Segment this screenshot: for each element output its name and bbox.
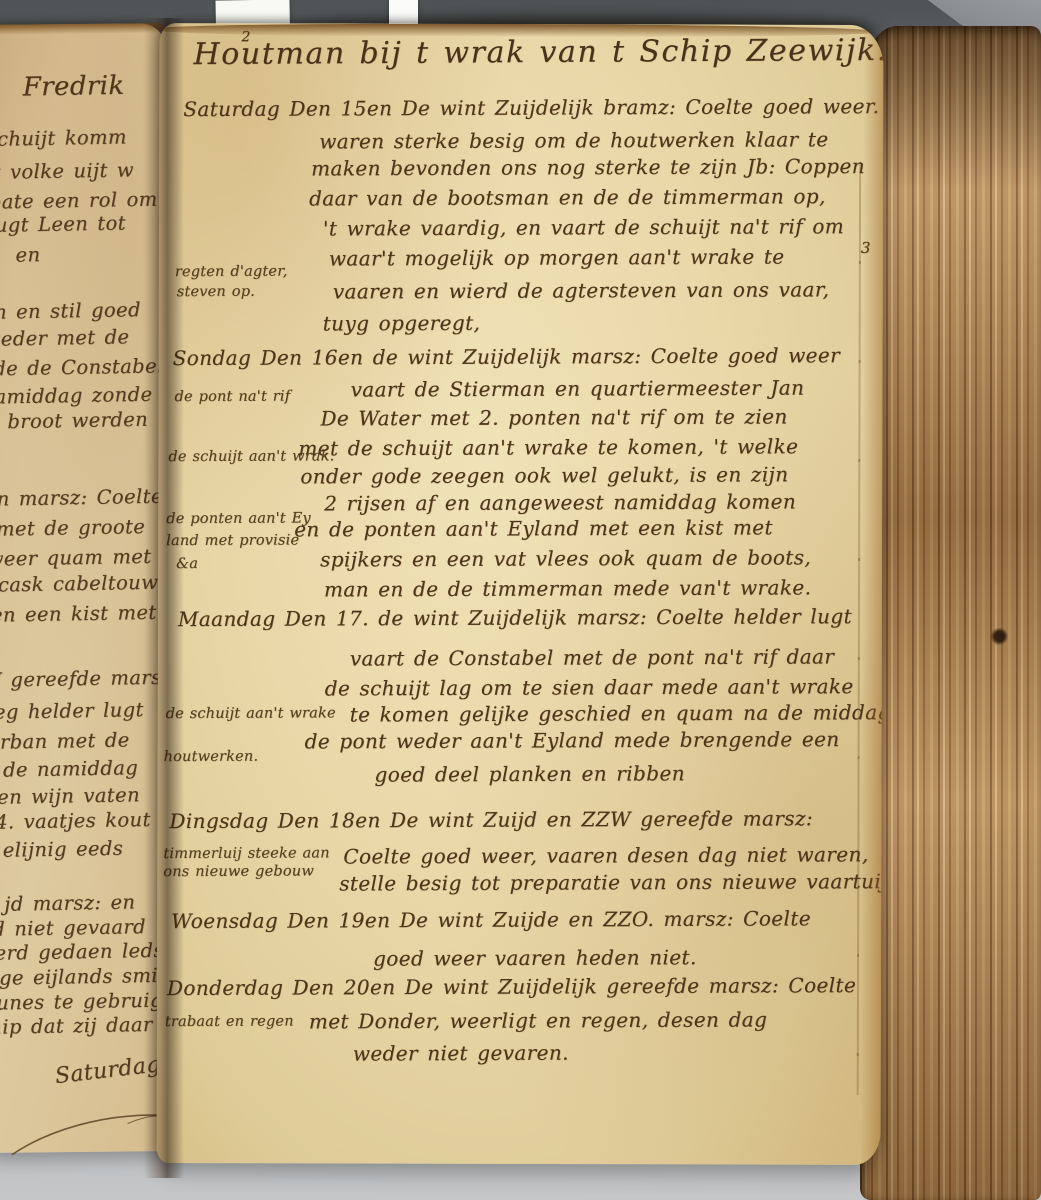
entry-line: Maandag Den 17. de wint Zuijdelijk marsz… <box>178 604 852 631</box>
entry-line: Dingsdag Den 18en De wint Zuijd en ZZW g… <box>169 806 813 833</box>
entry-line: goed deel planken en ribben <box>374 761 685 786</box>
left-page: Fredrik Schuijt komm t volke uijt w den … <box>0 23 178 1153</box>
manuscript-fragment-line: in en een kist met <box>0 601 156 627</box>
margin-note: de schuijt aan't wrake <box>166 705 336 722</box>
entry-line: de pont weder aan't Eyland mede brengend… <box>305 727 840 753</box>
manuscript-fragment-line: nen wijn vaten <box>0 783 140 809</box>
margin-note: de schuijt aan't wrak. <box>168 448 334 465</box>
entry-line: spijkers en een vat vlees ook quam de bo… <box>320 545 811 571</box>
manuscript-fragment-line: elijnig eeds <box>2 837 123 862</box>
entry-line: maken bevonden ons nog sterke te zijn Jb… <box>311 154 865 180</box>
margin-note: regten d'agter, <box>175 264 288 280</box>
manuscript-fragment-line: wierd gedaen leds <box>0 939 164 965</box>
manuscript-fragment-line: Schuijt komm <box>0 125 127 151</box>
margin-note: &a <box>176 556 198 572</box>
manuscript-fragment-line: ag weer quam met <box>0 545 152 571</box>
entry-line: de schuijt lag om te sien daar mede aan'… <box>325 674 854 700</box>
manuscript-fragment-line: die namiddag zonde <box>0 383 152 410</box>
manuscript-fragment-line: e. 4. vaatjes kout <box>0 808 151 834</box>
entry-line: Woensdag Den 19en De wint Zuijde en ZZO.… <box>171 906 811 933</box>
manuscript-fragment-line: en <box>15 243 40 266</box>
entry-line: waar't mogelijk op morgen aan't wrake te <box>329 245 785 271</box>
right-page: 2 Houtman bij t wrak van t Schip Zeewijk… <box>157 23 884 1165</box>
manuscript-fragment-line: t weder met de <box>0 325 130 351</box>
entry-line: weder niet gevaren. <box>353 1041 569 1066</box>
manuscript-fragment-line: steg helder lugt <box>0 698 143 724</box>
manuscript-fragment-line: z: en marsz: Coelte <box>0 485 163 512</box>
ink-flourish <box>7 1101 168 1163</box>
manuscript-fragment-line: tot kunes te gebruig <box>0 989 163 1016</box>
entry-line: man en de de timmerman mede van't wrake. <box>324 575 811 601</box>
entry-line: tuyg opgeregt, <box>323 311 481 336</box>
manuscript-fragment-line: op de namiddag <box>0 756 138 782</box>
manuscript-fragment-line: legger broot werden <box>0 408 148 435</box>
left-page-footer-word: Saturdag <box>54 1052 162 1089</box>
manuscript-fragment-line: ange eijlands smit <box>0 964 166 990</box>
manuscript-fragment-line: nd, en de de Constabel <box>0 354 164 381</box>
margin-note: steven op. <box>177 284 255 300</box>
entry-line: Donderdag Den 20en De wint Zuijdelijk ge… <box>167 973 856 1000</box>
manuscript-fragment-line: ZW gereefde mars <box>0 666 161 692</box>
manuscript-fragment-line: een cask cabeltouw <box>0 571 158 598</box>
margin-note: land met provisie <box>166 532 299 549</box>
entry-line: 2 rijsen af en aangeweest namiddag komen <box>324 489 796 515</box>
entry-line: Saturdag Den 15en De wint Zuijdelijk bra… <box>183 94 879 121</box>
entry-line: met Donder, weerligt en regen, desen dag <box>309 1007 768 1033</box>
entry-line: vaaren en wierd de agtersteven van ons v… <box>333 277 830 303</box>
entry-line: met de schuijt aan't wrake te komen, 't … <box>298 434 798 460</box>
page-stack-fore-edge <box>860 26 1041 1200</box>
entry-line: daar van de bootsman en de de timmerman … <box>309 184 826 210</box>
entry-line: vaart de Constabel met de pont na't rif … <box>350 644 835 670</box>
margin-note: timmerluij steeke aan <box>163 845 330 862</box>
edge-mark: 3 <box>861 239 871 257</box>
manuscript-fragment-line: den bate een rol om <box>0 188 158 215</box>
entry-line: te komen gelijke geschied en quam na de … <box>350 700 884 726</box>
entry-line: vaart de Stierman en quartiermeester Jan <box>350 376 804 402</box>
book-photo-scene: Fredrik Schuijt komm t volke uijt w den … <box>0 0 1041 1200</box>
margin-note: de pont na't rif <box>174 389 290 406</box>
margin-note: ons nieuwe gebouw <box>163 863 314 880</box>
margin-note: trabaat en regen <box>165 1014 294 1031</box>
manuscript-fragment-line: t volke uijt w <box>0 158 134 183</box>
manuscript-fragment-line: el met de groote <box>0 515 146 541</box>
margin-note: de ponten aan't Ey <box>166 510 311 527</box>
entry-line: 't wrake vaardig, en vaart de schuijt na… <box>323 214 844 240</box>
entry-line: Coelte goed weer, vaaren desen dag niet … <box>343 842 868 868</box>
manuscript-fragment-line: schip dat zij daar <box>0 1013 153 1039</box>
manuscript-fragment-line: erd niet gevaard <box>0 915 146 941</box>
entry-line: stelle besig tot preparatie van ons nieu… <box>339 869 883 895</box>
left-page-header-name: Fredrik <box>22 71 124 103</box>
page-title: Houtman bij t wrak van t Schip Zeewijk. <box>193 33 883 72</box>
manuscript-fragment-line: lugt Leen tot <box>0 212 126 237</box>
entry-line: waren sterke besig om de houtwerken klaa… <box>319 127 828 153</box>
margin-note: houtwerken. <box>164 749 259 765</box>
entry-line: onder gode zeegen ook wel gelukt, is en … <box>300 462 788 488</box>
margin-crease-line <box>857 165 861 1095</box>
entry-line: Sondag Den 16en de wint Zuijdelijk marsz… <box>173 343 841 370</box>
manuscript-fragment-line: een en stil goed <box>0 298 141 324</box>
manuscript-fragment-line: jd marsz: en <box>4 891 136 916</box>
manuscript-fragment-line: serban met de <box>0 728 130 754</box>
entry-line: De Water met 2. ponten na't rif om te zi… <box>320 404 787 430</box>
entry-line: goed weer vaaren heden niet. <box>373 945 697 970</box>
entry-line: en de ponten aan't Eyland met een kist m… <box>294 515 773 541</box>
